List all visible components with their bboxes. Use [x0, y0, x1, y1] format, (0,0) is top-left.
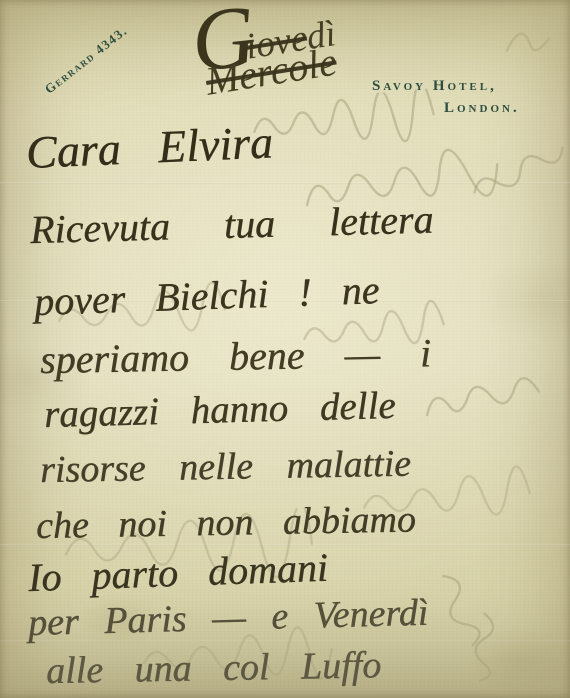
letterhead-hotel-name: Savoy Hotel,	[372, 76, 520, 98]
letter-line: alle una col Luffo	[46, 643, 382, 693]
letter-line: Io parto domani	[27, 544, 328, 601]
letterhead-phone-number: Gerrard 4343.	[42, 23, 131, 98]
letter-line: che noi non abbiamo	[36, 497, 417, 548]
letter-line: speriamo bene — i	[40, 329, 432, 383]
letter-line: ragazzi hanno delle	[43, 383, 396, 437]
letter-line: per Paris — e Venerdì	[27, 591, 428, 645]
letterhead-hotel-block: Savoy Hotel, London.	[372, 76, 520, 120]
salutation-line: Cara Elvira	[25, 115, 274, 179]
letter-line: Ricevuta tua lettera	[29, 195, 434, 253]
letter-line: risorse nelle malattie	[40, 442, 412, 492]
letterhead-city: London.	[444, 98, 520, 120]
letter-scan: Gerrard 4343. Savoy Hotel, London. G iov…	[0, 0, 570, 698]
ink-bleed-through	[494, 10, 566, 78]
ink-bleed-through	[415, 356, 565, 449]
